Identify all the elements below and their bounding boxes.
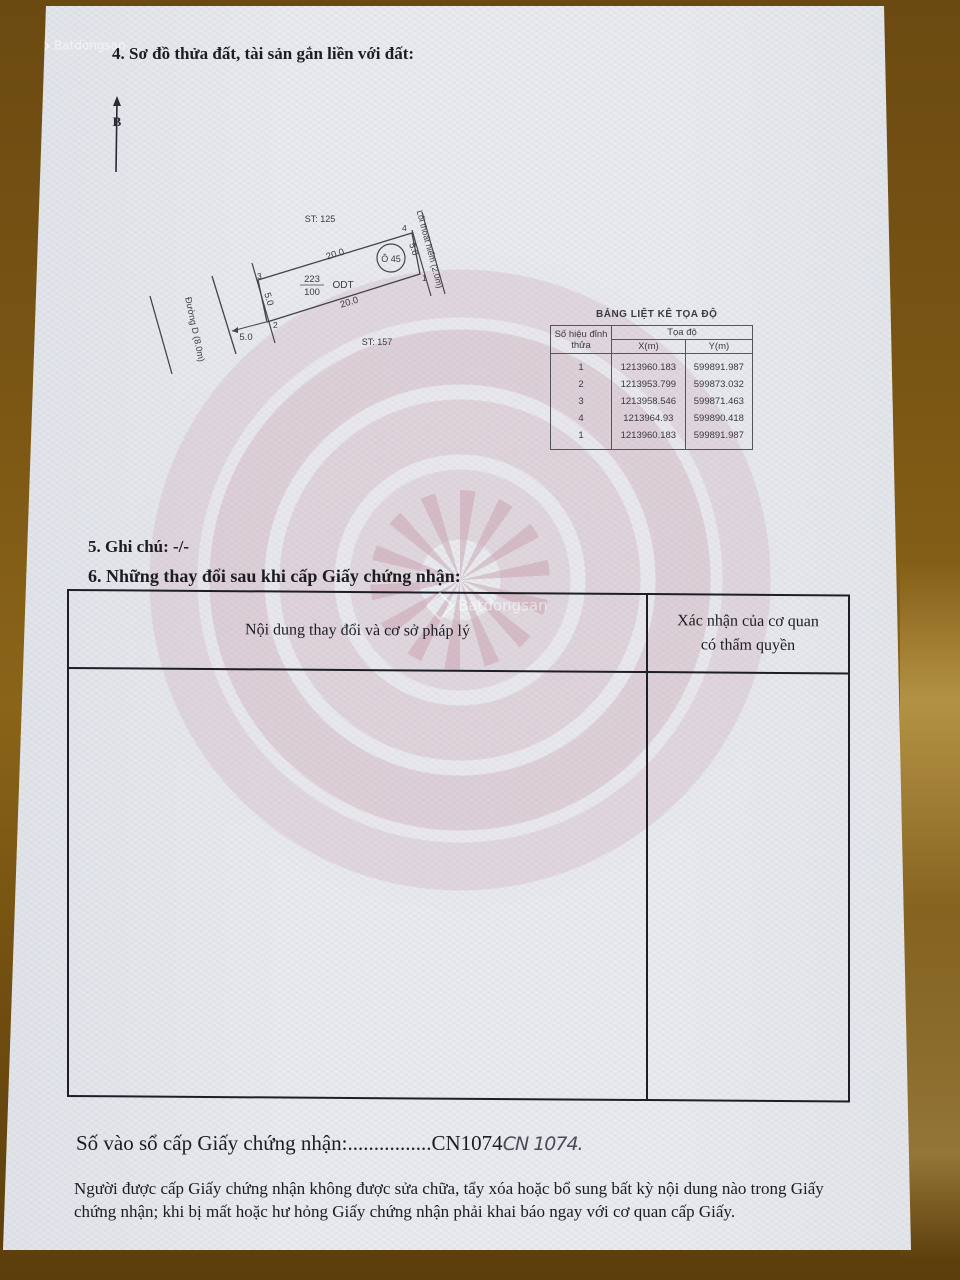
coordinate-cell-y: 599873.032 (685, 376, 752, 393)
coordinate-cell-y: 599891.987 (685, 427, 752, 450)
batdongsan-logo-icon (426, 592, 454, 620)
svg-text:20.0: 20.0 (325, 247, 346, 263)
watermark-corner: Batdongsan (26, 36, 126, 56)
svg-text:ST: 125: ST: 125 (305, 214, 336, 224)
coordinate-cell-y: 599871.463 (685, 393, 752, 410)
changes-body-row (68, 668, 849, 1101)
coordinate-cell-x: 1213964.93 (612, 410, 686, 427)
registry-number: CN1074 (432, 1131, 503, 1155)
watermark-main: Batdongsan (430, 596, 548, 616)
svg-text:4: 4 (402, 223, 407, 233)
svg-text:ODT: ODT (332, 280, 353, 291)
coordinate-cell-y: 599890.418 (685, 410, 752, 427)
svg-text:3: 3 (257, 271, 262, 281)
registry-number-line: Số vào sổ cấp Giấy chứng nhận:..........… (76, 1131, 583, 1156)
coordinate-cell-vertex: 1 (551, 354, 612, 377)
coordinate-row: 21213953.799599873.032 (551, 376, 753, 393)
coordinate-cell-x: 1213953.799 (612, 376, 686, 393)
coordinate-row: 31213958.546599871.463 (551, 393, 753, 410)
svg-text:5.0: 5.0 (239, 332, 252, 343)
changes-table: Nội dung thay đổi và cơ sở pháp lý Xác n… (67, 589, 850, 1102)
svg-text:1: 1 (422, 273, 427, 283)
svg-text:B: B (113, 114, 122, 129)
header-coords: Tọa độ (612, 326, 753, 340)
coordinate-table-title: BẢNG LIỆT KÊ TỌA ĐỘ (596, 309, 717, 320)
svg-text:2: 2 (273, 320, 278, 330)
certificate-page: Batdongsan 4. Sơ đồ thửa đất, tài sản gắ… (0, 0, 960, 1280)
coordinate-row: 11213960.183599891.987 (551, 354, 753, 377)
registry-label: Số vào sổ cấp Giấy chứng nhận: (76, 1131, 348, 1155)
coordinate-table: Số hiệu đỉnh thửa Tọa độ X(m) Y(m) 11213… (550, 325, 753, 450)
batdongsan-logo-icon (22, 32, 50, 60)
svg-text:20.0: 20.0 (339, 295, 360, 311)
section-4-title: 4. Sơ đồ thửa đất, tài sản gắn liền với … (112, 44, 414, 64)
coordinate-cell-x: 1213960.183 (612, 427, 686, 450)
authority-confirmation-cell (647, 672, 849, 1101)
header-x: X(m) (612, 340, 686, 354)
coordinate-cell-x: 1213960.183 (612, 354, 686, 377)
section-5-notes: 5. Ghi chú: -/- (88, 537, 189, 557)
header-authority-confirmation: Xác nhận của cơ quan có thẩm quyền (647, 594, 849, 673)
usage-notice: Người được cấp Giấy chứng nhận không đượ… (74, 1177, 864, 1223)
coordinate-row: 41213964.93599890.418 (551, 410, 753, 427)
coordinate-cell-vertex: 3 (551, 393, 612, 410)
svg-text:Ô 45: Ô 45 (381, 254, 401, 264)
svg-text:100: 100 (304, 287, 320, 298)
coordinate-cell-vertex: 2 (551, 376, 612, 393)
section-6-title: 6. Những thay đổi sau khi cấp Giấy chứng… (88, 566, 461, 587)
land-parcel-sketch: Ô 45 ST: 125 ST: 157 20.0 20.0 223 100 O… (140, 200, 470, 380)
coordinate-cell-y: 599891.987 (685, 354, 752, 377)
coordinate-cell-vertex: 4 (551, 410, 612, 427)
coordinate-cell-vertex: 1 (551, 427, 612, 450)
coordinate-cell-x: 1213958.546 (612, 393, 686, 410)
change-content-cell (68, 668, 647, 1100)
coordinate-row: 11213960.183599891.987 (551, 427, 753, 450)
svg-text:223: 223 (304, 274, 320, 285)
svg-text:Đường D (8.0m): Đường D (8.0m) (183, 296, 206, 363)
header-vertex: Số hiệu đỉnh thửa (551, 326, 612, 354)
registry-handwritten: CN 1074. (503, 1133, 583, 1155)
svg-text:ST: 157: ST: 157 (362, 337, 393, 347)
wood-table-background (900, 560, 960, 1260)
north-arrow-icon: B (108, 96, 128, 176)
header-y: Y(m) (685, 340, 752, 354)
header-change-content: Nội dung thay đổi và cơ sở pháp lý (68, 590, 647, 672)
